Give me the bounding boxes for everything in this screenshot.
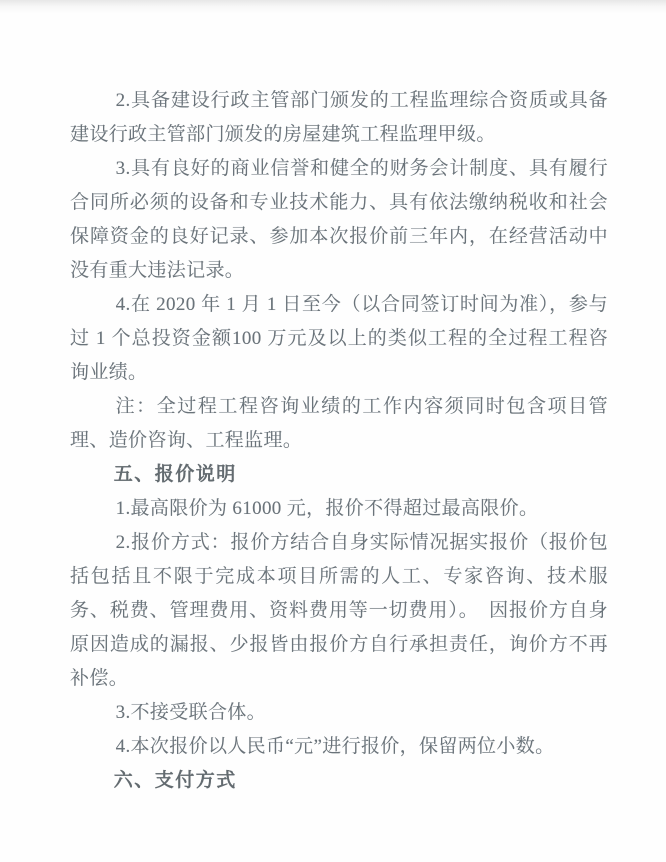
- document-body: 2.具备建设行政主管部门颁发的工程监理综合资质或具备建设行政主管部门颁发的房屋建…: [70, 84, 608, 798]
- paragraph-currency-decimals: 4.本次报价以人民币“元”进行报价，保留两位小数。: [70, 730, 608, 764]
- paragraph-price-ceiling: 1.最高限价为 61000 元，报价不得超过最高限价。: [70, 492, 608, 526]
- page-top-shadow: [0, 0, 666, 14]
- paragraph-business-credit: 3.具有良好的商业信誉和健全的财务会计制度、具有履行合同所必须的设备和专业技术能…: [70, 152, 608, 288]
- paragraph-no-consortium: 3.不接受联合体。: [70, 696, 608, 730]
- paragraph-quotation-method: 2.报价方式：报价方结合自身实际情况据实报价（报价包括包括且不限于完成本项目所需…: [70, 526, 608, 696]
- paragraph-qualification-supervision: 2.具备建设行政主管部门颁发的工程监理综合资质或具备建设行政主管部门颁发的房屋建…: [70, 84, 608, 152]
- section-heading-quotation-instructions: 五、报价说明: [70, 458, 608, 492]
- section-heading-payment-method: 六、支付方式: [70, 764, 608, 798]
- document-page: 2.具备建设行政主管部门颁发的工程监理综合资质或具备建设行政主管部门颁发的房屋建…: [0, 0, 666, 862]
- paragraph-note-consulting-scope: 注：全过程工程咨询业绩的工作内容须同时包含项目管理、造价咨询、工程监理。: [70, 390, 608, 458]
- paragraph-similar-project-experience: 4.在 2020 年 1 月 1 日至今（以合同签订时间为准），参与过 1 个总…: [70, 288, 608, 390]
